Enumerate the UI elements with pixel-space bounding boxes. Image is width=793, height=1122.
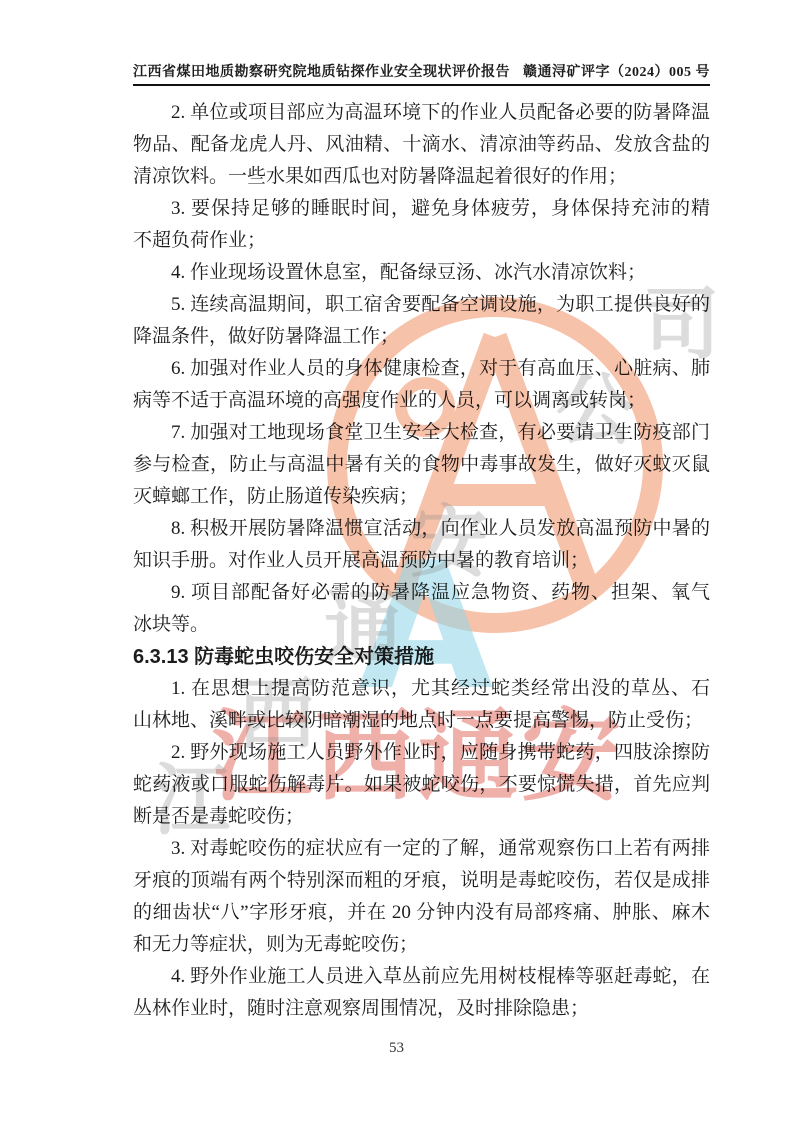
text-line: 山林地、溪畔或比较阴暗潮湿的地点时一点要提高警惕，防止受伤； <box>133 705 710 737</box>
text-line: 6. 加强对作业人员的身体健康检查，对于有高血压、心脏病、肺 <box>133 353 710 385</box>
header-document-number: 赣通浔矿评字（2024）005 号 <box>523 61 710 81</box>
text-line: 5. 连续高温期间，职工宿舍要配备空调设施，为职工提供良好的 <box>133 289 710 321</box>
text-line: 3. 要保持足够的睡眠时间，避免身体疲劳，身体保持充沛的精力。 <box>133 193 710 225</box>
text-line: 清凉饮料。一些水果如西瓜也对防暑降温起着很好的作用； <box>133 161 710 193</box>
text-line: 牙痕的顶端有两个特别深而粗的牙痕，说明是毒蛇咬伤，若仅是成排 <box>133 865 710 897</box>
document-body: 2. 单位或项目部应为高温环境下的作业人员配备必要的防暑降温物品、配备龙虎人丹、… <box>133 97 710 1025</box>
text-line: 蛇药液或口服蛇伤解毒片。如果被蛇咬伤，不要惊慌失措，首先应判 <box>133 769 710 801</box>
text-line: 参与检查，防止与高温中暑有关的食物中毒事故发生，做好灭蚊灭鼠 <box>133 449 710 481</box>
document-page: 江西省煤田地质勘察研究院地质钻探作业安全现状评价报告 赣通浔矿评字（2024）0… <box>0 0 793 1122</box>
text-line: 降温条件，做好防暑降温工作； <box>133 321 710 353</box>
text-line: 和无力等症状，则为无毒蛇咬伤； <box>133 929 710 961</box>
text-line: 8. 积极开展防暑降温惯宣活动，向作业人员发放高温预防中暑的 <box>133 513 710 545</box>
section-heading: 6.3.13 防毒蛇虫咬伤安全对策措施 <box>133 641 710 673</box>
text-line: 3. 对毒蛇咬伤的症状应有一定的了解，通常观察伤口上若有两排 <box>133 833 710 865</box>
text-line: 4. 作业现场设置休息室，配备绿豆汤、冰汽水清凉饮料； <box>133 257 710 289</box>
text-line: 冰块等。 <box>133 609 710 641</box>
text-line: 2. 野外现场施工人员野外作业时，应随身携带蛇药，四肢涂擦防 <box>133 737 710 769</box>
text-line: 知识手册。对作业人员开展高温预防中暑的教育培训； <box>133 545 710 577</box>
text-line: 7. 加强对工地现场食堂卫生安全大检查，有必要请卫生防疫部门 <box>133 417 710 449</box>
page-header: 江西省煤田地质勘察研究院地质钻探作业安全现状评价报告 赣通浔矿评字（2024）0… <box>133 58 710 86</box>
text-line: 断是否是毒蛇咬伤； <box>133 801 710 833</box>
text-line: 灭蟑螂工作，防止肠道传染疾病； <box>133 481 710 513</box>
page-number: 53 <box>0 1040 793 1057</box>
text-line: 的细齿状“八”字形牙痕，并在 20 分钟内没有局部疼痛、肿胀、麻木 <box>133 897 710 929</box>
text-line: 丛林作业时，随时注意观察周围情况，及时排除隐患； <box>133 993 710 1025</box>
header-report-title: 江西省煤田地质勘察研究院地质钻探作业安全现状评价报告 <box>133 61 510 81</box>
text-line: 1. 在思想上提高防范意识，尤其经过蛇类经常出没的草丛、石缝、 <box>133 673 710 705</box>
text-line: 病等不适于高温环境的高强度作业的人员，可以调离或转岗； <box>133 385 710 417</box>
text-line: 9. 项目部配备好必需的防暑降温应急物资、药物、担架、氧气袋、 <box>133 577 710 609</box>
text-line: 不超负荷作业； <box>133 225 710 257</box>
text-line: 2. 单位或项目部应为高温环境下的作业人员配备必要的防暑降温 <box>133 97 710 129</box>
text-line: 4. 野外作业施工人员进入草丛前应先用树枝棍棒等驱赶毒蛇，在 <box>133 961 710 993</box>
text-line: 物品、配备龙虎人丹、风油精、十滴水、清凉油等药品、发放含盐的 <box>133 129 710 161</box>
